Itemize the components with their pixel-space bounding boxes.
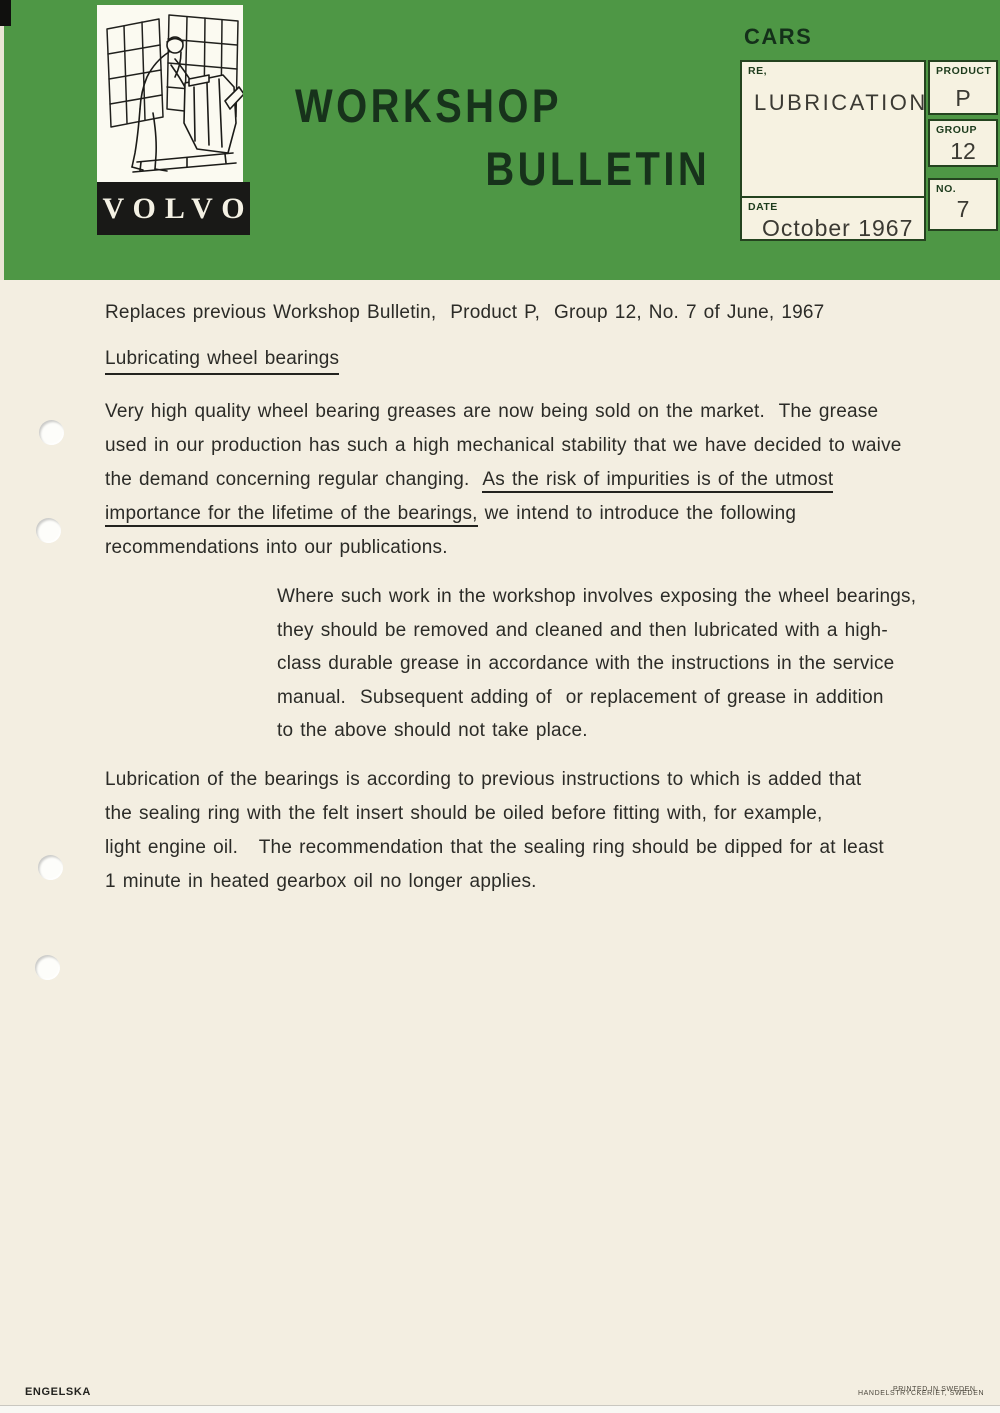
title-line-bulletin: BULLETIN: [485, 137, 710, 200]
scan-corner-artifact: [0, 0, 11, 26]
body-line: importance for the lifetime of the beari…: [105, 497, 902, 531]
language-tag: ENGELSKA: [25, 1386, 91, 1398]
replaces-line: Replaces previous Workshop Bulletin, Pro…: [105, 302, 824, 324]
title-line-workshop: WORKSHOP: [295, 74, 710, 137]
printer-credit: HANDELSTRYCKERIET, SWEDEN: [858, 1390, 984, 1397]
group-label: GROUP: [936, 124, 977, 136]
category-label: CARS: [744, 24, 812, 50]
paragraph-lubrication-note: Lubrication of the bearings is according…: [105, 763, 884, 899]
body-line: to the above should not take place.: [277, 714, 916, 748]
punch-hole: [39, 420, 64, 445]
product-label: PRODUCT: [936, 65, 991, 77]
punch-hole: [36, 518, 61, 543]
body-line: class durable grease in accordance with …: [277, 647, 916, 681]
re-label: RE,: [748, 65, 767, 77]
scan-bottom-edge: [0, 1405, 1000, 1413]
bulletin-title: WORKSHOP BULLETIN: [295, 74, 710, 200]
body-line: Very high quality wheel bearing greases …: [105, 395, 902, 429]
mechanic-engine-illustration: [97, 5, 243, 182]
workshop-bulletin-page: VOLVO WORKSHOP BULLETIN CARS RE, LUBRICA…: [0, 0, 1000, 1413]
volvo-logo: VOLVO: [97, 182, 250, 235]
re-value: LUBRICATION: [754, 92, 928, 114]
body-text-segment: the demand concerning regular changing.: [105, 469, 482, 490]
body-line: Lubrication of the bearings is according…: [105, 763, 884, 797]
body-line: recommendations into our publications.: [105, 531, 902, 565]
section-heading: Lubricating wheel bearings: [105, 348, 339, 375]
body-line: used in our production has such a high m…: [105, 429, 902, 463]
body-line: the sealing ring with the felt insert sh…: [105, 797, 884, 831]
product-value: P: [930, 87, 996, 110]
header-band: VOLVO WORKSHOP BULLETIN CARS RE, LUBRICA…: [0, 0, 1000, 280]
group-cell: GROUP 12: [928, 119, 998, 167]
underlined-text-segment: As the risk of impurities is of the utmo…: [482, 469, 833, 493]
body-line: light engine oil. The recommendation tha…: [105, 831, 884, 865]
body-line: Where such work in the workshop involves…: [277, 580, 916, 614]
body-line: 1 minute in heated gearbox oil no longer…: [105, 865, 884, 899]
punch-hole: [38, 855, 63, 880]
body-line: the demand concerning regular changing. …: [105, 463, 902, 497]
group-value: 12: [930, 140, 996, 163]
volvo-logo-text: VOLVO: [93, 194, 253, 224]
punch-hole: [35, 955, 60, 980]
paragraph-indented-instructions: Where such work in the workshop involves…: [277, 580, 916, 748]
date-label: DATE: [748, 201, 778, 213]
body-text-segment: we intend to introduce the following: [478, 503, 796, 524]
no-cell: NO. 7: [928, 178, 998, 231]
body-line: manual. Subsequent adding of or replacem…: [277, 681, 916, 715]
product-cell: PRODUCT P: [928, 60, 998, 115]
no-value: 7: [930, 198, 996, 221]
body-line: they should be removed and cleaned and t…: [277, 614, 916, 648]
scan-edge-strip: [0, 0, 4, 280]
illustration-box: [97, 5, 243, 182]
paragraph-intro: Very high quality wheel bearing greases …: [105, 395, 902, 565]
underlined-text-segment: importance for the lifetime of the beari…: [105, 503, 478, 527]
date-value: October 1967: [762, 217, 913, 240]
date-cell: DATE October 1967: [740, 196, 926, 241]
no-label: NO.: [936, 183, 956, 195]
re-cell: RE, LUBRICATION: [740, 60, 926, 198]
